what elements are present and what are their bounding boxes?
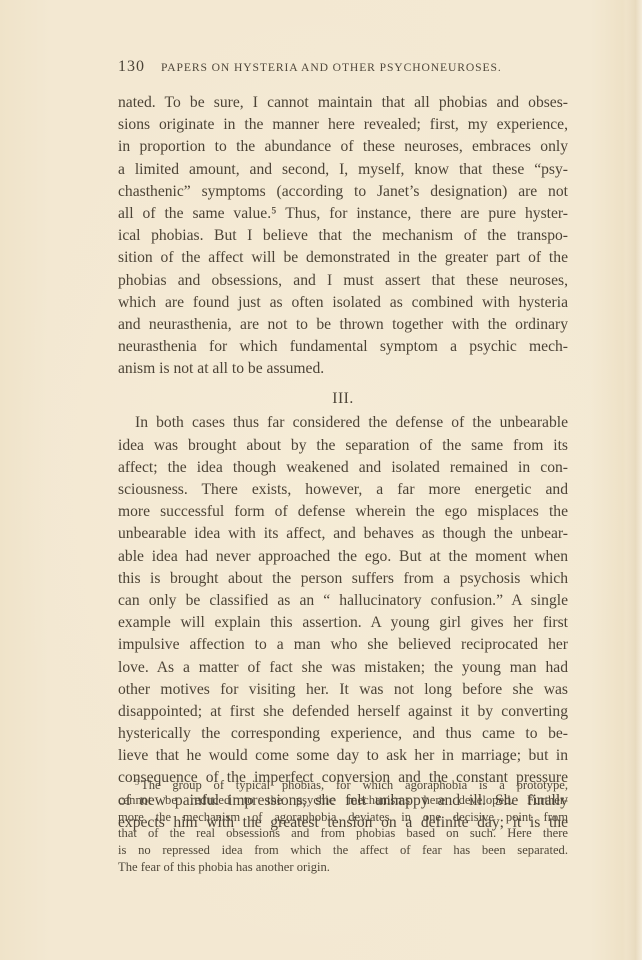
footnote-line: more the mechanism of agoraphobia deviat… (118, 809, 568, 826)
text-line: phobias and obsessions, and I must asser… (118, 270, 568, 292)
text-line: chasthenic” symptoms (according to Janet… (118, 181, 568, 203)
text-line: hysterically the corresponding experienc… (118, 723, 568, 745)
text-line: neurasthenia for which fundamental sympt… (118, 336, 568, 358)
text-line: can only be classified as an “ hallucina… (118, 590, 568, 612)
text-line: impulsive affection to a man who she bel… (118, 634, 568, 656)
text-line: this is brought about the person suffers… (118, 568, 568, 590)
footnote: 5The group of typical phobias, for which… (118, 775, 568, 876)
footnote-line: The fear of this phobia has another orig… (118, 859, 568, 876)
text-line: example will explain this assertion. A y… (118, 612, 568, 634)
text-line: love. As a matter of fact she was mistak… (118, 657, 568, 679)
page-number: 130 (118, 58, 145, 76)
footnote-line: is no repressed idea from which the affe… (118, 842, 568, 859)
text-line: sions originate in the manner here revea… (118, 114, 568, 136)
text-line: sciousness. There exists, however, a far… (118, 479, 568, 501)
text-line: in proportion to the abundance of these … (118, 136, 568, 158)
page-edge-shadow (626, 0, 642, 960)
text-line: which are found just as often isolated a… (118, 292, 568, 314)
text-line: nated. To be sure, I cannot maintain tha… (118, 92, 568, 114)
text-line: In both cases thus far considered the de… (118, 412, 568, 434)
running-title: PAPERS ON HYSTERIA AND OTHER PSYCHONEURO… (161, 61, 502, 74)
footnote-text: The group of typical phobias, for which … (141, 778, 568, 792)
text-line: unbearable idea with its affect, and beh… (118, 523, 568, 545)
text-line: disappointed; at first she defended hers… (118, 701, 568, 723)
footnote-line: 5The group of typical phobias, for which… (118, 775, 568, 792)
text-line: idea was brought about by the separation… (118, 435, 568, 457)
text-line: more successful form of defense wherein … (118, 501, 568, 523)
text-line: sition of the affect will be demonstrate… (118, 247, 568, 269)
section-heading: III. (118, 386, 568, 410)
text-line: able idea had never approached the ego. … (118, 546, 568, 568)
footnote-line: that of the real obsessions and from pho… (118, 825, 568, 842)
text-line: and neurasthenia, are not to be thrown t… (118, 314, 568, 336)
footnote-line: cannot be reduced to the psychic mechani… (118, 792, 568, 809)
text-line: all of the same value.⁵ Thus, for instan… (118, 203, 568, 225)
text-line: lieve that he would come some day to ask… (118, 745, 568, 767)
body-text: nated. To be sure, I cannot maintain tha… (118, 92, 568, 834)
text-line: anism is not at all to be assumed. (118, 358, 568, 380)
running-head: 130 PAPERS ON HYSTERIA AND OTHER PSYCHON… (118, 58, 588, 78)
book-page: 130 PAPERS ON HYSTERIA AND OTHER PSYCHON… (0, 0, 642, 960)
text-line: other motives for visiting her. It was n… (118, 679, 568, 701)
paragraph-section-three: In both cases thus far considered the de… (118, 412, 568, 834)
text-line: affect; the idea though weakened and iso… (118, 457, 568, 479)
footnote-marker: 5 (135, 778, 139, 787)
paragraph-continued: nated. To be sure, I cannot maintain tha… (118, 92, 568, 380)
text-line: a limited amount, and second, I, myself,… (118, 159, 568, 181)
text-line: ical phobias. But I believe that the mec… (118, 225, 568, 247)
